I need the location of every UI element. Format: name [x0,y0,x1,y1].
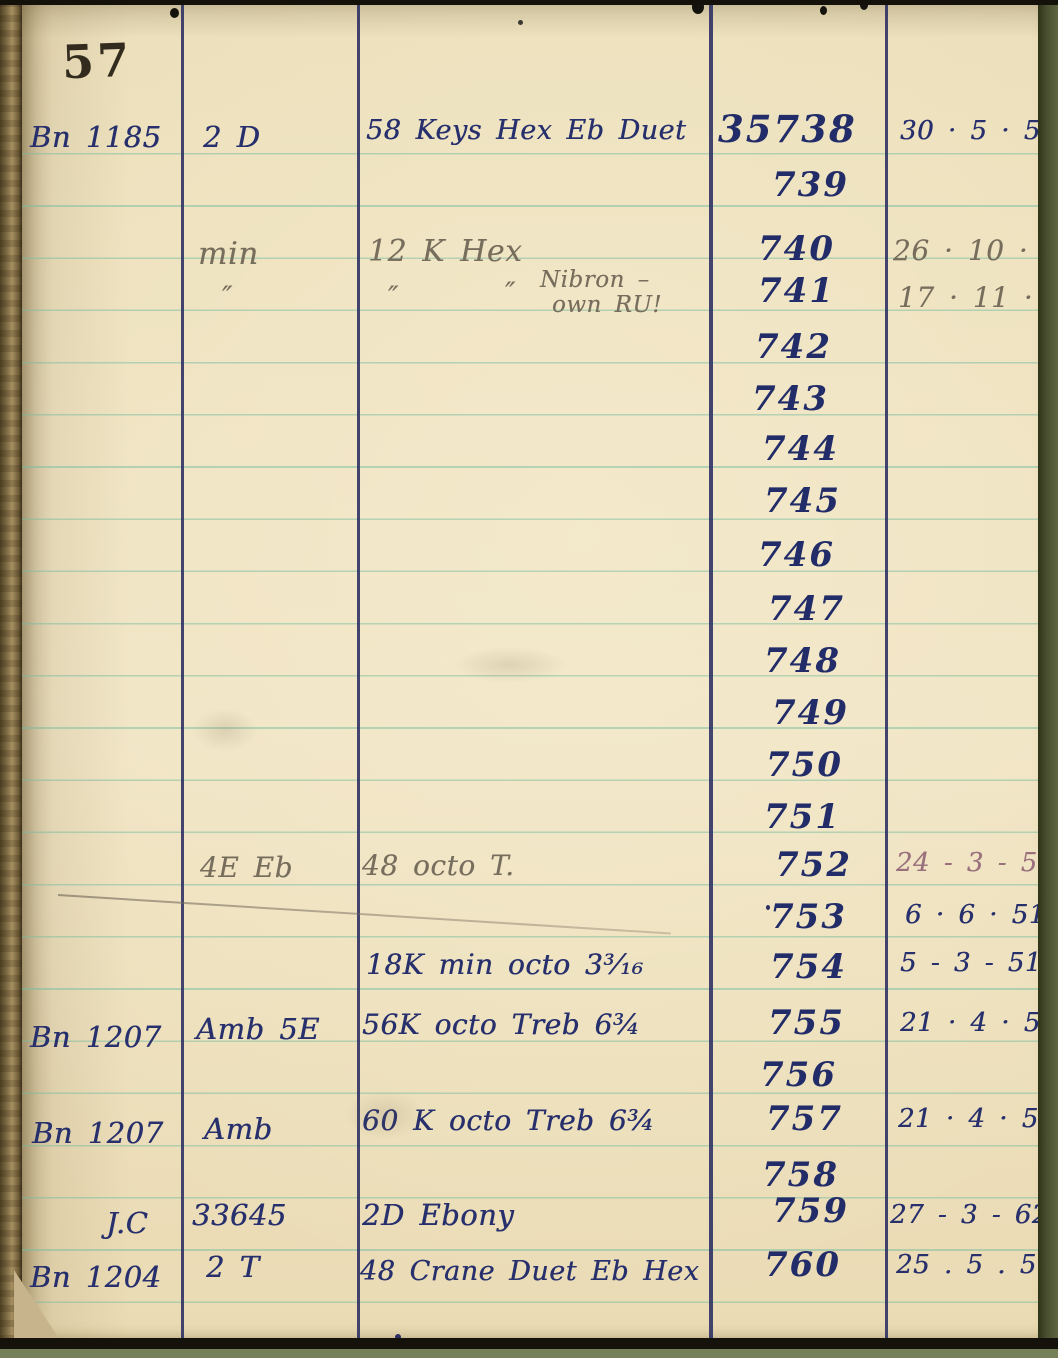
cell-serial: 757 [766,1102,843,1138]
cell-desc: 12 K Hex [368,236,523,268]
cell-desc: 2D Ebony [362,1200,514,1230]
cell-model: 4E Eb [200,853,293,882]
cell-date: 26 · 10 · 51 [893,236,1058,265]
cell-serial: 752 [775,848,852,884]
bottom-left-corner-fold [14,1270,60,1340]
page-top-edge [0,0,1058,5]
cell-serial: 756 [760,1058,837,1094]
ink-speck [766,905,770,910]
column-rule-3 [709,4,713,1340]
cell-date: 25 . 5 . 51 [896,1252,1054,1279]
cell-serial: 751 [764,800,841,836]
cell-serial: 760 [764,1248,841,1284]
table-surface [0,1349,1058,1358]
cell-serial: 740 [758,232,835,268]
column-rule-1 [181,4,184,1340]
cell-ref: Bn 1207 [32,1118,164,1148]
cell-desc-line2: own RU! [552,293,662,317]
ledger-page-scan: 57 Bn 1185 2 D 58 Keys Hex Eb Duet 35738… [0,0,1058,1358]
cell-serial: 750 [766,748,843,784]
cell-serial: 749 [772,696,849,732]
page-bottom-edge [0,1338,1058,1349]
cell-desc: 58 Keys Hex Eb Duet [366,117,686,145]
smudge [330,1080,440,1150]
cell-model: min [198,238,259,271]
cell-desc-ditto: ″ [388,282,399,311]
cell-model: 33645 [192,1200,287,1230]
cell-desc: 18K min octo 3³⁄₁₆ [366,950,644,979]
cell-date: 24 - 3 - 51 [896,850,1055,877]
cell-model: Amb 5E [196,1014,320,1044]
cell-desc-ditto: ″ [505,278,516,307]
ink-speck [518,20,523,25]
cell-desc: Nibron – [540,268,650,292]
book-spine-edge [0,0,22,1358]
cell-model-ditto: ″ [222,282,233,311]
cell-model: 2 T [206,1252,260,1282]
page-number: 57 [61,33,133,89]
cell-serial: 747 [768,592,845,628]
cell-serial: 759 [772,1194,849,1230]
cell-serial: 754 [770,950,847,986]
cell-desc: 48 Crane Duet Eb Hex [360,1258,699,1286]
smudge [430,640,590,690]
cell-serial: 748 [764,644,841,680]
cell-ref: Bn 1185 [30,122,162,152]
cell-date: 17 · 11 · 51 [898,283,1058,312]
smudge [180,700,270,760]
cell-serial: 739 [772,168,849,204]
cell-model: Amb [204,1114,273,1144]
cell-serial: 753 [770,900,847,936]
cell-date: 21 · 4 · 51 [900,1010,1058,1037]
ink-blot [820,6,827,15]
cell-date: 30 · 5 · 51 [900,118,1058,145]
cell-serial: 755 [768,1006,845,1042]
cell-date: 5 - 3 - 51 [900,950,1042,977]
cell-serial: 746 [758,538,835,574]
cell-serial: 758 [762,1158,839,1194]
cell-date: 6 · 6 · 51 [905,902,1046,929]
cell-desc: 48 octo T. [362,851,515,880]
cell-serial: 743 [752,382,829,418]
cell-date: 21 · 4 · 51 [898,1106,1056,1133]
cell-model: 2 D [203,122,260,152]
cell-desc: 56K octo Treb 6¾ [362,1010,640,1039]
column-rule-4 [885,4,888,1340]
cell-serial: 742 [755,330,832,366]
cell-ref: Bn 1207 [30,1022,162,1052]
page-right-edge [1038,0,1058,1358]
cell-serial: 745 [764,484,841,520]
cell-date: 27 - 3 - 62 — [890,1202,1058,1229]
cell-serial: 35738 [718,110,857,149]
cell-ref: J.C [106,1208,148,1238]
ink-blot [170,8,179,18]
cell-serial: 741 [758,274,835,310]
cell-serial: 744 [762,432,839,468]
